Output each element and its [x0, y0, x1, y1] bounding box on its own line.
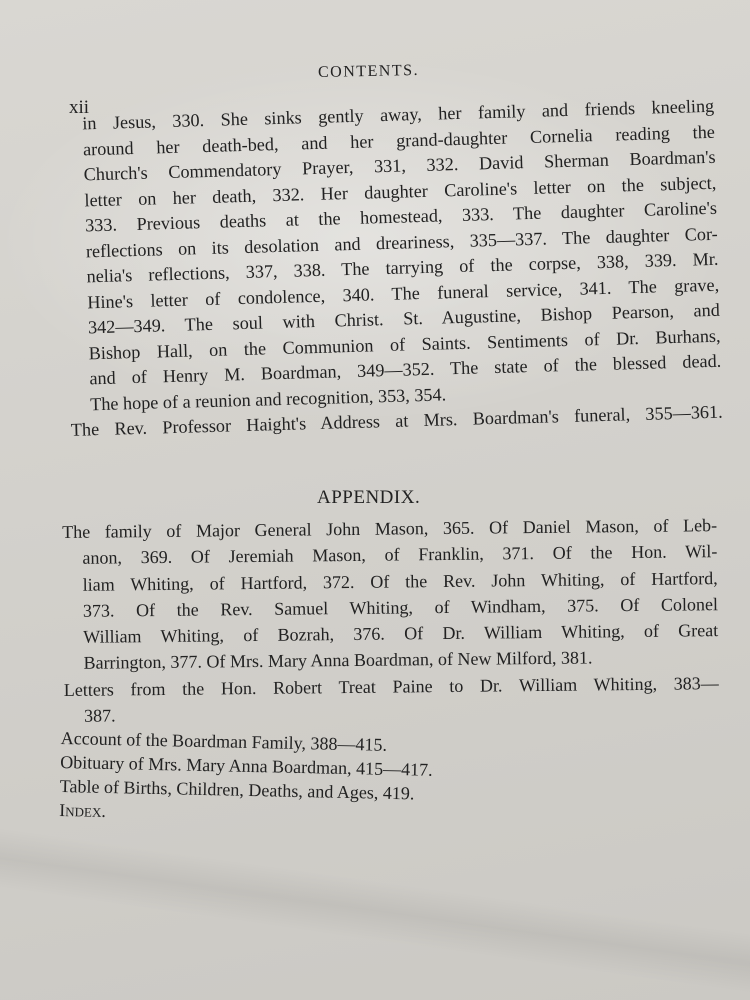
- appendix-family-entry: The family of Major General John Mason, …: [62, 512, 719, 729]
- book-page: CONTENTS. xii in Jesus, 330. She sinks g…: [0, 0, 750, 1000]
- appendix-entries: Account of the Boardman Family, 388—415.…: [59, 726, 541, 832]
- running-head: CONTENTS.: [318, 62, 419, 82]
- contents-continued-entry: in Jesus, 330. She sinks gently away, he…: [62, 94, 723, 444]
- appendix-heading: APPENDIX.: [317, 487, 420, 509]
- page-shadow: [0, 823, 750, 997]
